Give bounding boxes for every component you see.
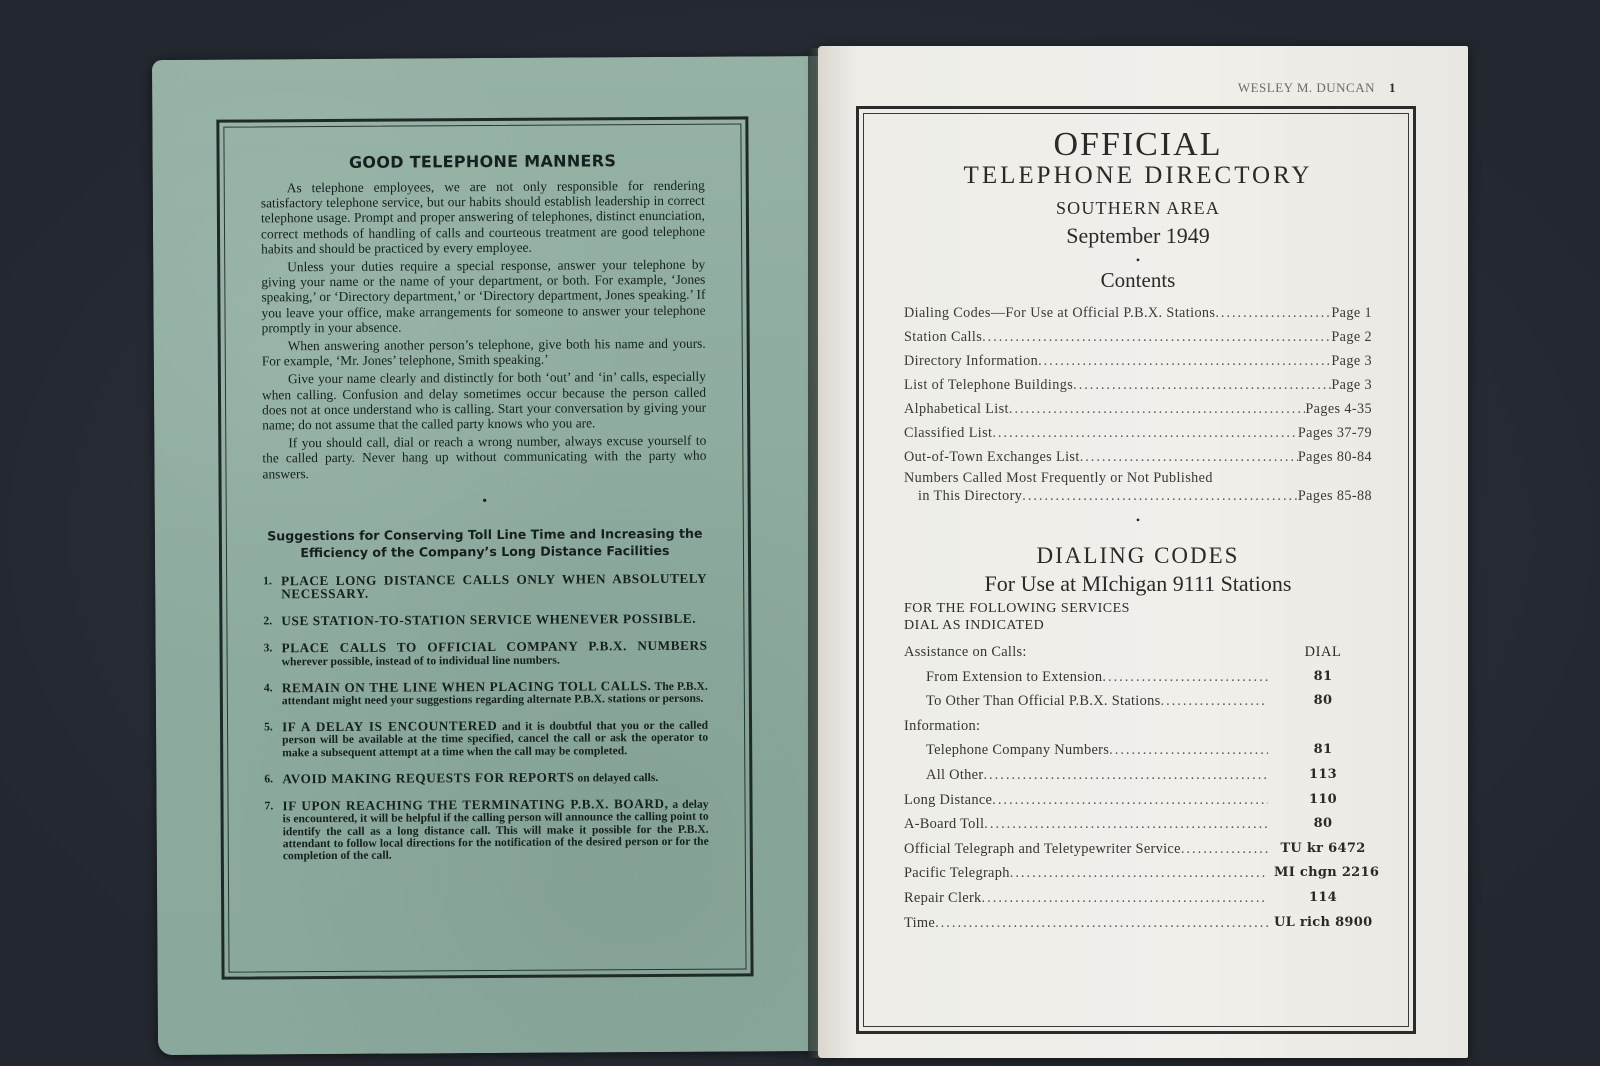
- section-separator-dot: •: [904, 253, 1372, 268]
- section-separator-dot: •: [904, 513, 1372, 528]
- suggestion-item: 4. REMAIN ON THE LINE WHEN PLACING TOLL …: [264, 680, 708, 708]
- suggestions-title: Suggestions for Conserving Toll Line Tim…: [263, 525, 707, 562]
- good-telephone-manners-title: GOOD TELEPHONE MANNERS: [261, 151, 705, 173]
- dialing-code-row: Pacific TelegraphMI chgn 2216: [904, 861, 1372, 886]
- suggestion-item: 2. USE STATION-TO-STATION SERVICE WHENEV…: [263, 613, 707, 629]
- dialing-codes-subtitle: For Use at MIchigan 9111 Stations: [904, 570, 1372, 598]
- dialing-code-row: To Other Than Official P.B.X. Stations80: [904, 689, 1372, 714]
- contents-row: List of Telephone BuildingsPage 3: [904, 373, 1372, 397]
- edition-date: September 1949: [904, 223, 1372, 249]
- page-header: WESLEY M. DUNCAN1: [1238, 80, 1396, 96]
- manners-paragraph: When answering another person’s telephon…: [262, 336, 706, 369]
- left-page-border-frame: GOOD TELEPHONE MANNERS As telephone empl…: [216, 116, 753, 979]
- dialing-instructions: FOR THE FOLLOWING SERVICES DIAL AS INDIC…: [904, 600, 1372, 634]
- section-separator-dot: •: [263, 493, 707, 512]
- owner-name-stamp: WESLEY M. DUNCAN: [1238, 80, 1375, 95]
- area-name: SOUTHERN AREA: [904, 198, 1372, 219]
- dialing-codes-table: Assistance on Calls:DIAL From Extension …: [904, 640, 1372, 935]
- dialing-code-row: A-Board Toll80: [904, 812, 1372, 837]
- manners-paragraph: Give your name clearly and distinctly fo…: [262, 369, 706, 433]
- contents-row: Out-of-Town Exchanges ListPages 80-84: [904, 445, 1372, 469]
- dialing-code-row: TimeUL rich 8900: [904, 911, 1372, 936]
- suggestion-item: 3. PLACE CALLS TO OFFICIAL COMPANY P.B.X…: [264, 640, 708, 668]
- suggestions-list: 1. PLACE LONG DISTANCE CALLS ONLY WHEN A…: [263, 573, 709, 863]
- contents-row: Directory InformationPage 3: [904, 349, 1372, 373]
- dialing-code-row: From Extension to Extension81: [904, 665, 1372, 690]
- title-official: OFFICIAL: [904, 128, 1372, 162]
- title-telephone-directory: TELEPHONE DIRECTORY: [904, 162, 1372, 190]
- right-page-directory: WESLEY M. DUNCAN1 OFFICIAL TELEPHONE DIR…: [818, 46, 1468, 1058]
- dialing-code-row: All Other113: [904, 763, 1372, 788]
- dialing-code-row: Official Telegraph and Teletypewriter Se…: [904, 837, 1372, 862]
- left-page-telephone-manners: GOOD TELEPHONE MANNERS As telephone empl…: [152, 56, 833, 1055]
- suggestion-item: 5. IF A DELAY IS ENCOUNTERED and it is d…: [264, 719, 708, 759]
- dialing-code-row: Repair Clerk114: [904, 886, 1372, 911]
- manners-paragraph: As telephone employees, we are not only …: [261, 178, 705, 257]
- contents-list: Dialing Codes—For Use at Official P.B.X.…: [904, 301, 1372, 505]
- manners-paragraph: Unless your duties require a special res…: [261, 257, 705, 336]
- dialing-code-row: Long Distance110: [904, 788, 1372, 813]
- right-page-border-frame: OFFICIAL TELEPHONE DIRECTORY SOUTHERN AR…: [856, 106, 1416, 1034]
- manners-paragraph: If you should call, dial or reach a wron…: [262, 433, 706, 481]
- suggestion-item: 7. IF UPON REACHING THE TERMINATING P.B.…: [264, 798, 708, 863]
- contents-heading: Contents: [904, 268, 1372, 293]
- contents-row-multiline: Numbers Called Most Frequently or Not Pu…: [904, 469, 1372, 505]
- contents-row: Station CallsPage 2: [904, 325, 1372, 349]
- dialing-codes-title: DIALING CODES: [904, 542, 1372, 570]
- page-number: 1: [1389, 80, 1396, 95]
- dialing-group-header: Assistance on Calls:DIAL: [904, 640, 1372, 665]
- dialing-group-header: Information:: [904, 714, 1372, 739]
- contents-row: Alphabetical ListPages 4-35: [904, 397, 1372, 421]
- contents-row: Classified ListPages 37-79: [904, 421, 1372, 445]
- dialing-code-row: Telephone Company Numbers81: [904, 738, 1372, 763]
- dial-column-header: DIAL: [1268, 640, 1372, 665]
- contents-row: Dialing Codes—For Use at Official P.B.X.…: [904, 301, 1372, 325]
- suggestion-item: 1. PLACE LONG DISTANCE CALLS ONLY WHEN A…: [263, 573, 707, 602]
- suggestion-item: 6. AVOID MAKING REQUESTS FOR REPORTS on …: [264, 771, 708, 787]
